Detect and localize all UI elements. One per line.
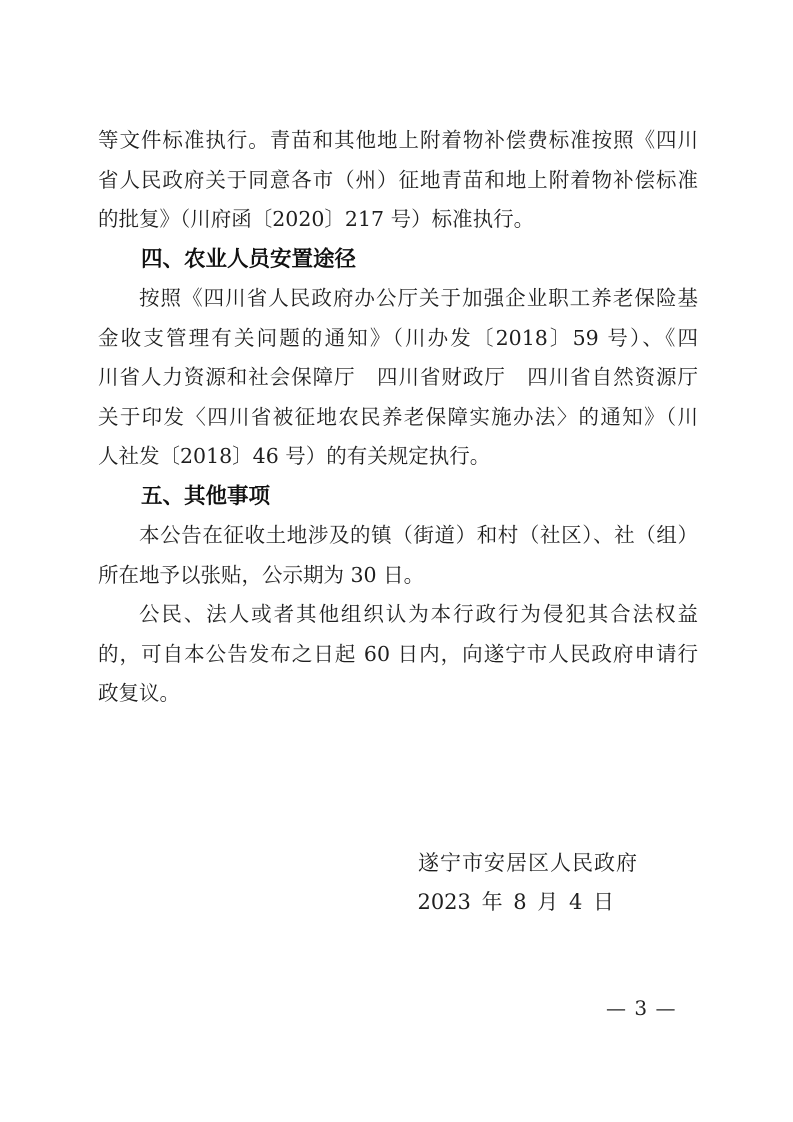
page-number: — 3 — bbox=[606, 995, 675, 1021]
body-text-line: 等文件标准执行。青苗和其他地上附着物补偿费标准按照《四川 bbox=[98, 121, 698, 161]
document-body: 等文件标准执行。青苗和其他地上附着物补偿费标准按照《四川 省人民政府关于同意各市… bbox=[98, 121, 698, 923]
body-text-line: 公民、法人或者其他组织认为本行政行为侵犯其合法权益 bbox=[98, 595, 698, 635]
section-heading-5: 五、其他事项 bbox=[98, 477, 698, 517]
section-heading-4: 四、农业人员安置途径 bbox=[98, 240, 698, 280]
paragraph-posting: 本公告在征收土地涉及的镇（街道）和村（社区）、社（组） 所在地予以张贴，公示期为… bbox=[98, 516, 698, 595]
body-text-line: 所在地予以张贴，公示期为 30 日。 bbox=[98, 556, 698, 596]
issue-date: 2023 年 8 月 4 日 bbox=[98, 883, 698, 923]
issuer-name: 遂宁市安居区人民政府 bbox=[98, 844, 698, 884]
body-text-line: 关于印发〈四川省被征地农民养老保障实施办法〉的通知》（川 bbox=[98, 398, 698, 438]
body-text-line: 人社发〔2018〕46 号）的有关规定执行。 bbox=[98, 437, 698, 477]
body-text-line: 政复议。 bbox=[98, 674, 698, 714]
paragraph-continuation: 等文件标准执行。青苗和其他地上附着物补偿费标准按照《四川 省人民政府关于同意各市… bbox=[98, 121, 698, 240]
body-text-line: 按照《四川省人民政府办公厅关于加强企业职工养老保险基 bbox=[98, 279, 698, 319]
body-text-line: 金收支管理有关问题的通知》（川办发〔2018〕59 号）、《四 bbox=[98, 319, 698, 359]
body-text-line: 省人民政府关于同意各市（州）征地青苗和地上附着物补偿标准 bbox=[98, 161, 698, 201]
body-text-line: 本公告在征收土地涉及的镇（街道）和村（社区）、社（组） bbox=[98, 516, 698, 556]
body-text-line: 的，可自本公告发布之日起 60 日内，向遂宁市人民政府申请行 bbox=[98, 635, 698, 675]
paragraph-review-rights: 公民、法人或者其他组织认为本行政行为侵犯其合法权益 的，可自本公告发布之日起 6… bbox=[98, 595, 698, 714]
body-text-line: 的批复》（川府函〔2020〕217 号）标准执行。 bbox=[98, 200, 698, 240]
document-page: 等文件标准执行。青苗和其他地上附着物补偿费标准按照《四川 省人民政府关于同意各市… bbox=[0, 0, 793, 1122]
body-text-line: 川省人力资源和社会保障厅 四川省财政厅 四川省自然资源厅 bbox=[98, 358, 698, 398]
paragraph-resettlement: 按照《四川省人民政府办公厅关于加强企业职工养老保险基 金收支管理有关问题的通知》… bbox=[98, 279, 698, 477]
